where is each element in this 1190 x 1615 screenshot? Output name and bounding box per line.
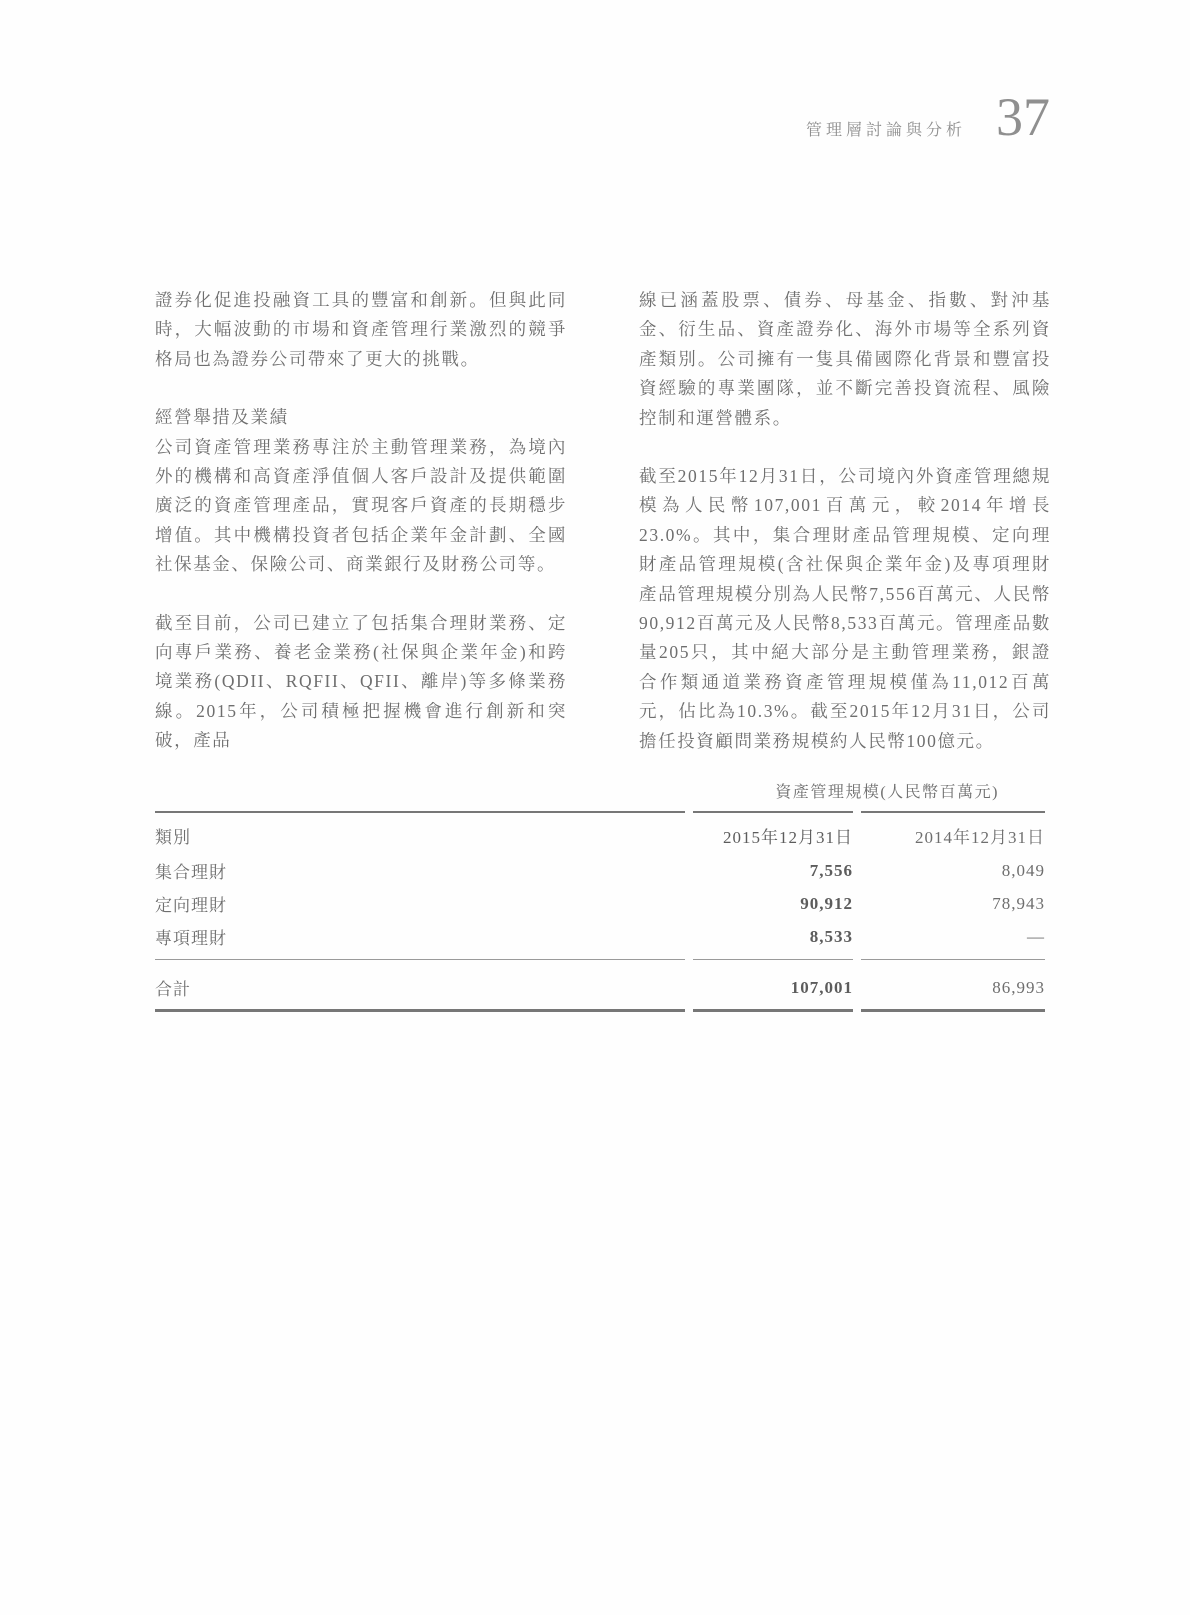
document-page: 管理層討論與分析 37 證券化促進投融資工具的豐富和創新。但與此同時，大幅波動的… xyxy=(0,0,1190,1615)
value-2014: — xyxy=(861,920,1045,960)
value-2015: 90,912 xyxy=(693,887,853,920)
value-2014: 8,049 xyxy=(861,854,1045,887)
paragraph-market-challenge: 證券化促進投融資工具的豐富和創新。但與此同時，大幅波動的市場和資產管理行業激烈的… xyxy=(155,286,567,374)
value-2014: 78,943 xyxy=(861,887,1045,920)
paragraph-product-coverage: 線已涵蓋股票、債券、母基金、指數、對沖基金、衍生品、資產證券化、海外市場等全系列… xyxy=(639,286,1051,433)
table-row-collective: 集合理財 7,556 8,049 xyxy=(155,854,1045,887)
table-row-targeted: 定向理財 90,912 78,943 xyxy=(155,887,1045,920)
value-2015: 7,556 xyxy=(693,854,853,887)
section-heading-operations: 經營舉措及業績 xyxy=(155,403,567,432)
row-label: 專項理財 xyxy=(155,920,685,960)
paragraph-business-lines: 截至目前，公司已建立了包括集合理財業務、定向專戶業務、養老金業務(社保與企業年金… xyxy=(155,609,567,756)
column-header-2014: 2014年12月31日 xyxy=(861,811,1045,854)
table-caption: 資產管理規模(人民幣百萬元) xyxy=(155,779,1045,802)
row-label: 集合理財 xyxy=(155,854,685,887)
paragraph-aum-figures: 截至2015年12月31日，公司境內外資產管理總規模為人民幣107,001百萬元… xyxy=(639,462,1051,756)
paragraph-business-focus: 公司資產管理業務專注於主動管理業務，為境內外的機構和高資產淨值個人客戶設計及提供… xyxy=(155,433,567,580)
table-row-special: 專項理財 8,533 — xyxy=(155,920,1045,960)
value-2015: 8,533 xyxy=(693,920,853,960)
section-title: 管理層討論與分析 xyxy=(806,117,966,140)
table-row-total: 合計 107,001 86,993 xyxy=(155,960,1045,1012)
right-column: 線已涵蓋股票、債券、母基金、指數、對沖基金、衍生品、資產證券化、海外市場等全系列… xyxy=(639,286,1051,756)
table-header-row: 類別 2015年12月31日 2014年12月31日 xyxy=(155,811,1045,854)
column-header-2015: 2015年12月31日 xyxy=(693,811,853,854)
column-header-category: 類別 xyxy=(155,811,685,854)
body-text: 證券化促進投融資工具的豐富和創新。但與此同時，大幅波動的市場和資產管理行業激烈的… xyxy=(155,286,1051,756)
aum-table: 類別 2015年12月31日 2014年12月31日 集合理財 7,556 8,… xyxy=(147,811,1053,1012)
page-number: 37 xyxy=(996,90,1050,144)
total-2014: 86,993 xyxy=(861,960,1045,1012)
total-2015: 107,001 xyxy=(693,960,853,1012)
total-label: 合計 xyxy=(155,960,685,1012)
left-column: 證券化促進投融資工具的豐富和創新。但與此同時，大幅波動的市場和資產管理行業激烈的… xyxy=(155,286,567,756)
aum-table-section: 資產管理規模(人民幣百萬元) 類別 2015年12月31日 2014年12月31… xyxy=(155,779,1045,1012)
page-header: 管理層討論與分析 37 xyxy=(0,90,1050,144)
row-label: 定向理財 xyxy=(155,887,685,920)
